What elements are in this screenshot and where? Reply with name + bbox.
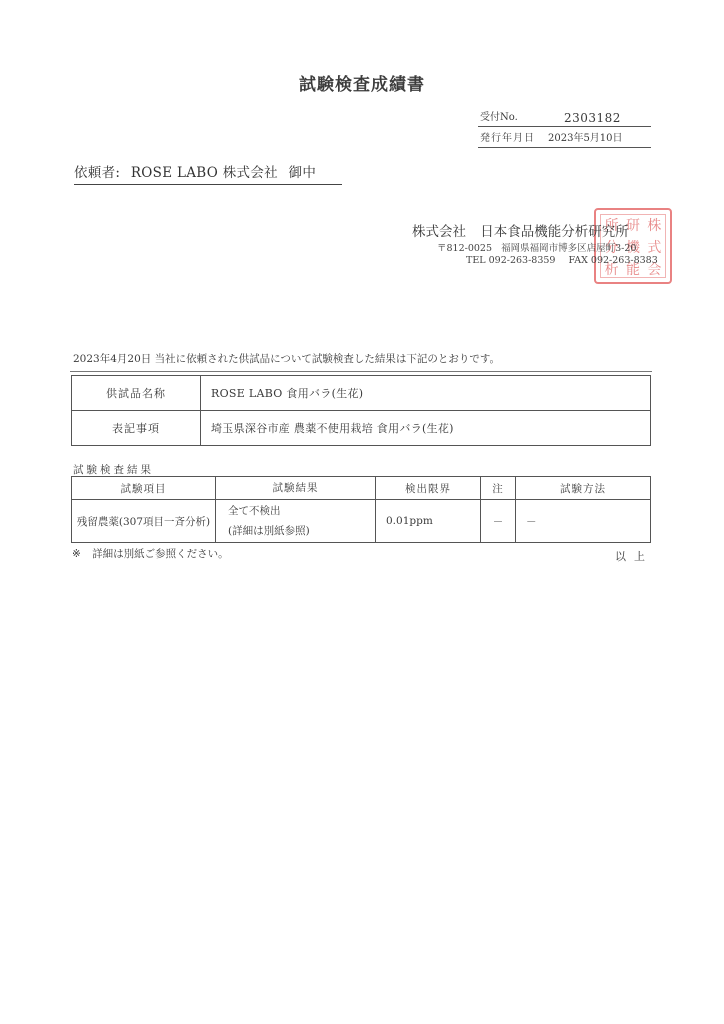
seal-char: 株 — [644, 215, 665, 237]
client-name: ROSE LABO 株式会社 — [131, 165, 278, 181]
issue-date-label: 発行年月日 — [480, 131, 535, 147]
document-title: 試験検査成績書 — [0, 70, 724, 95]
client-honorific: 御中 — [289, 165, 317, 181]
results-table: 試験項目 試験結果 検出限界 注 試験方法 残留農薬(307項目一斉分析) 全て… — [71, 476, 651, 543]
cell-test-method: － — [516, 500, 651, 543]
cell-note: － — [481, 500, 516, 543]
closing-mark: 以上 — [615, 548, 653, 564]
sample-name-value: ROSE LABO 食用バラ(生花) — [201, 376, 651, 411]
header-note: 注 — [481, 477, 516, 500]
client-label: 依頼者: — [74, 165, 120, 181]
footnote: ※ 詳細は別紙ご参照ください。 — [72, 546, 229, 561]
receipt-number-line: 受付No. 2303182 — [478, 110, 651, 127]
table-row: 表記事項 埼玉県深谷市産 農薬不使用栽培 食用バラ(生花) — [72, 411, 651, 446]
cell-test-result: 全て不検出 (詳細は別紙参照) — [216, 500, 376, 543]
labeling-value: 埼玉県深谷市産 農薬不使用栽培 食用バラ(生花) — [201, 411, 651, 446]
header-detection-limit: 検出限界 — [376, 477, 481, 500]
sample-info-table: 供試品名称 ROSE LABO 食用バラ(生花) 表記事項 埼玉県深谷市産 農薬… — [71, 375, 651, 446]
issuer-tel: TEL 092-263-8359 — [466, 255, 555, 266]
results-section-label: 試験検査結果 — [73, 462, 154, 477]
issuer-fax: FAX 092-263-8383 — [569, 255, 658, 266]
header-test-item: 試験項目 — [72, 477, 216, 500]
receipt-label: 受付No. — [480, 110, 518, 126]
cell-test-item: 残留農薬(307項目一斉分析) — [72, 500, 216, 543]
table-row: 残留農薬(307項目一斉分析) 全て不検出 (詳細は別紙参照) 0.01ppm … — [72, 500, 651, 543]
issuer-address: 〒812-0025 福岡県福岡市博多区店屋町3-20 — [437, 240, 636, 254]
table-header-row: 試験項目 試験結果 検出限界 注 試験方法 — [72, 477, 651, 500]
table-row: 供試品名称 ROSE LABO 食用バラ(生花) — [72, 376, 651, 411]
issuer-company-name: 株式会社 日本食品機能分析研究所 — [412, 220, 629, 240]
intro-sentence: 2023年4月20日 当社に依頼された供試品について試験検査した結果は下記のとお… — [73, 351, 653, 366]
issuer-contact: TEL 092-263-8359 FAX 092-263-8383 — [466, 255, 658, 266]
sample-name-label: 供試品名称 — [72, 376, 201, 411]
result-line-1: 全て不検出 — [228, 501, 375, 521]
issue-date-line: 発行年月日 2023年5月10日 — [478, 131, 651, 148]
issue-date: 2023年5月10日 — [548, 131, 623, 147]
header-test-method: 試験方法 — [516, 477, 651, 500]
reference-mark-icon: ※ — [72, 548, 81, 560]
issuer-company-type: 株式会社 — [412, 224, 466, 240]
cell-detection-limit: 0.01ppm — [376, 500, 481, 543]
issuer-postal-code: 〒812-0025 — [437, 243, 492, 254]
footnote-text: 詳細は別紙ご参照ください。 — [92, 548, 229, 560]
header-test-result: 試験結果 — [216, 477, 376, 500]
intro-divider — [70, 371, 652, 372]
receipt-number: 2303182 — [564, 110, 621, 126]
labeling-label: 表記事項 — [72, 411, 201, 446]
issuer-street-address: 福岡県福岡市博多区店屋町3-20 — [501, 243, 636, 254]
client-line: 依頼者: ROSE LABO 株式会社 御中 — [74, 164, 342, 185]
result-line-2: (詳細は別紙参照) — [228, 521, 375, 541]
issuer-company-title: 日本食品機能分析研究所 — [480, 224, 629, 240]
